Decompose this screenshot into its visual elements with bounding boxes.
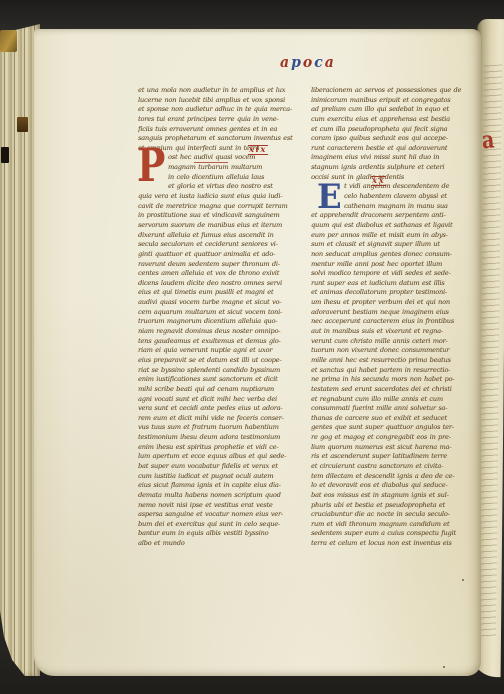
manuscript-text-line: um ihesu et propter verbum dei et qui no…	[311, 298, 465, 308]
manuscript-text-line: riam ei quia venerunt nuptie agni et uxo…	[138, 346, 294, 356]
manuscript-text-line: phuris ubi et bestia et pseudopropheta e…	[311, 501, 465, 511]
manuscript-text-line: consummati fuerint mille anni solvetur s…	[311, 404, 465, 414]
header-letter: a	[280, 55, 291, 72]
manuscript-text-line: et regnabunt cum illo mille annis et cum	[311, 395, 465, 405]
manuscript-text-line: albo et mundo	[138, 539, 294, 549]
manuscript-text-line: quia vera et iusta iudicia sunt eius qui…	[138, 192, 294, 202]
manuscript-text-line: secula seculorum et ceciderunt seniores …	[138, 240, 294, 250]
manuscript-text-line: testatem sed erunt sacerdotes dei et chr…	[311, 385, 465, 395]
manuscript-text-line: liberacionem ac servos et possessiones q…	[311, 86, 465, 96]
manuscript-text-line: tores tui erant principes terre quia in …	[138, 115, 294, 125]
manuscript-text-line: imaginem eius vivi missi sunt hii duo in	[311, 153, 465, 163]
right-column-pre-paragraph: liberacionem ac servos et possessiones q…	[311, 86, 465, 182]
manuscript-photo: a apoca et una mola non audietur in te a…	[0, 0, 504, 694]
manuscript-text-line: et una mola non audietur in te amplius e…	[138, 86, 294, 96]
chapter-numeral-xx: xx	[371, 176, 386, 186]
manuscript-text-line: bantur eum in equis albis vestiti byssin…	[138, 529, 294, 539]
manuscript-text-line: demata multa habens nomen scriptum quod	[138, 491, 294, 501]
manuscript-text-line: truorum magnorum dicentium alleluia quo-	[138, 317, 294, 327]
manuscript-text-line: riat se byssino splendenti candido byssi…	[138, 366, 294, 376]
manuscript-text-line: tem dilectam et descendit ignis a deo de…	[311, 472, 465, 482]
manuscript-text-line: vera sunt et cecidi ante pedes eius ut a…	[138, 404, 294, 414]
manuscript-text-line: ne prima in his secunda mors non habet p…	[311, 375, 465, 385]
manuscript-text-line: solvi modico tempore et vidi sedes et se…	[311, 269, 465, 279]
manuscript-text-line: ginti quattuor et quattuor animalia et a…	[138, 250, 294, 260]
rubric-underline	[194, 162, 228, 163]
manuscript-text-line: dixerunt alleluia et fumus eius ascendit…	[138, 231, 294, 241]
manuscript-text-line: ficiis tuis erraverunt omnes gentes et i…	[138, 125, 294, 135]
binding-glint	[0, 30, 17, 52]
manuscript-text-line: ris et ascenderunt super latitudinem ter…	[311, 452, 465, 462]
manuscript-text-line: mille anni hec est resurrectio prima bea…	[311, 356, 465, 366]
header-letter: a	[325, 55, 336, 72]
manuscript-text-line: sum et clausit et signavit super illum u…	[311, 240, 465, 250]
manuscript-text-line: bat super eum vocabatur fidelis et verax…	[138, 462, 294, 472]
manuscript-text-line: eius preparavit se et datum est illi ut …	[138, 356, 294, 366]
manuscript-text-line: et circuierunt castra sanctorum et civit…	[311, 462, 465, 472]
manuscript-text-line: re gog et magog et congregabit eos in pr…	[311, 433, 465, 443]
wormhole-speck	[443, 666, 445, 668]
manuscript-text-line: agni vocati sunt et dicit mihi hec verba…	[138, 395, 294, 405]
chapter-numeral-xix: xix	[248, 145, 268, 155]
manuscript-text-line: rum et vidi thronum magnum candidum et	[311, 520, 465, 530]
manuscript-text-line: cem aquarum multarum et sicut vocem toni…	[138, 308, 294, 318]
manuscript-text-line: mihi scribe beati qui ad cenam nuptiarum	[138, 385, 294, 395]
manuscript-text-line: enim ihesu est spiritus prophetie et vid…	[138, 443, 294, 453]
manuscript-text-line: aut in manibus suis et vixerunt et regna…	[311, 327, 465, 337]
manuscript-text-line: quum qui est diabolus et sathanas et lig…	[311, 221, 465, 231]
right-text-column: liberacionem ac servos et possessiones q…	[311, 86, 465, 549]
manuscript-text-line: dicens laudem dicite deo nostro omnes se…	[138, 279, 294, 289]
running-header-apoca: apoca	[280, 55, 350, 71]
manuscript-text-line: runt caracterem bestie et qui adoraverun…	[311, 144, 465, 154]
manuscript-text-line: cavit de meretrice magna que corrupit te…	[138, 202, 294, 212]
facing-page-red-initial: a	[481, 128, 495, 151]
manuscript-text-line: tens gaudeamus et exultemus et demus glo…	[138, 337, 294, 347]
manuscript-text-line: nec acceperunt caracterem eius in fronti…	[311, 317, 465, 327]
manuscript-text-line: inimicorum manibus eripuit et congregato…	[311, 96, 465, 106]
manuscript-text-line: non seducat amplius gentes donec consum-	[311, 250, 465, 260]
manuscript-text-line: rem eum et dicit mihi vide ne feceris co…	[138, 414, 294, 424]
manuscript-text-line: eius et qui timetis eum pusilli et magni…	[138, 288, 294, 298]
manuscript-text-line: adoraverunt bestiam neque imaginem eius	[311, 308, 465, 318]
manuscript-text-line: bat eos missus est in stagnum ignis et s…	[311, 491, 465, 501]
manuscript-text-line: et cum illa pseudopropheta qui fecit sig…	[311, 125, 465, 135]
manuscript-text-line: runt super eas et iudicium datum est ill…	[311, 279, 465, 289]
manuscript-text-line: audivi quasi vocem turbe magne et sicut …	[138, 298, 294, 308]
manuscript-text-line: cum iustitia iudicat et pugnat oculi aut…	[138, 472, 294, 482]
header-letter: c	[314, 55, 325, 72]
manuscript-text-line: cruciabuntur die ac nocte in secula secu…	[311, 510, 465, 520]
manuscript-text-line: eum per annos mille et misit eum in abys…	[311, 231, 465, 241]
manuscript-text-line: niam regnavit dominus deus noster omnipo…	[138, 327, 294, 337]
manuscript-text-line: tuorum non vixerunt donec consummentur	[311, 346, 465, 356]
manuscript-text-line: testimonium ihesu deum adora testimonium	[138, 433, 294, 443]
manuscript-page: apoca et una mola non audietur in te amp…	[34, 29, 481, 676]
manuscript-text-line: mentur mille anni post hec oportet illum	[311, 260, 465, 270]
manuscript-text-line: servorum suorum de manibus eius et iteru…	[138, 221, 294, 231]
leaf-tab-marker	[17, 117, 28, 132]
illuminated-initial-e: E	[317, 182, 342, 213]
manuscript-text-line: lum apertum et ecce equus albus et qui s…	[138, 452, 294, 462]
manuscript-text-line: centes amen alleluia et vox de throno ex…	[138, 269, 294, 279]
manuscript-text-line: terra et celum et locus non est inventus…	[311, 539, 465, 549]
manuscript-text-line: raverunt deum sedentem super thronum di-	[138, 260, 294, 270]
manuscript-text-line: coram ipso quibus seduxit eos qui accepe…	[311, 134, 465, 144]
rubricated-initial-p: P	[137, 143, 165, 187]
leaf-tab-marker	[1, 147, 9, 163]
manuscript-text-line: enim iustificationes sunt sanctorum et d…	[138, 375, 294, 385]
manuscript-text-line: sedentem super eum a cuius conspectu fug…	[311, 529, 465, 539]
manuscript-text-line: et sanctus qui habet partem in resurrect…	[311, 366, 465, 376]
manuscript-text-line: lucerne non lucebit tibi amplius et vox …	[138, 96, 294, 106]
manuscript-text-line: stagnum ignis ardentis sulphure et ceter…	[311, 163, 465, 173]
header-letter: o	[303, 55, 314, 72]
manuscript-text-line: aspersa sanguine et vocatur nomen eius v…	[138, 510, 294, 520]
manuscript-text-line: thanas de carcere suo et exibit et seduc…	[311, 414, 465, 424]
manuscript-text-line: et sponse non audietur adhuc in te quia …	[138, 105, 294, 115]
manuscript-text-line: verunt cum christo mille annis ceteri mo…	[311, 337, 465, 347]
manuscript-text-line: lium quorum numerus est sicut harena ma-	[311, 443, 465, 453]
manuscript-text-line: eius sicut flamma ignis et in capite eiu…	[138, 481, 294, 491]
header-letter: p	[291, 55, 303, 72]
right-column-body: et apprehendit draconem serpentem anti-q…	[311, 211, 465, 548]
manuscript-text-line: in prostitutione sua et vindicavit sangu…	[138, 211, 294, 221]
manuscript-text-line: nemo novit nisi ipse et vestitus erat ve…	[138, 501, 294, 511]
manuscript-text-line: lo et devoravit eos et diabolus qui sedu…	[311, 481, 465, 491]
manuscript-text-line: vus tuus sum et fratrum tuorum habentium	[138, 423, 294, 433]
wormhole-speck	[462, 579, 464, 581]
manuscript-text-line: ad prelium cum illo qui sedebat in equo …	[311, 105, 465, 115]
manuscript-text-line: gentes que sunt super quattuor angulos t…	[311, 423, 465, 433]
manuscript-text-line: cum exercitu eius et apprehensa est best…	[311, 115, 465, 125]
manuscript-text-line: bum dei et exercitus qui sunt in celo se…	[138, 520, 294, 530]
left-column-body: quia vera et iusta iudicia sunt eius qui…	[138, 192, 294, 549]
manuscript-text-line: et animas decollatorum propter testimoni…	[311, 288, 465, 298]
